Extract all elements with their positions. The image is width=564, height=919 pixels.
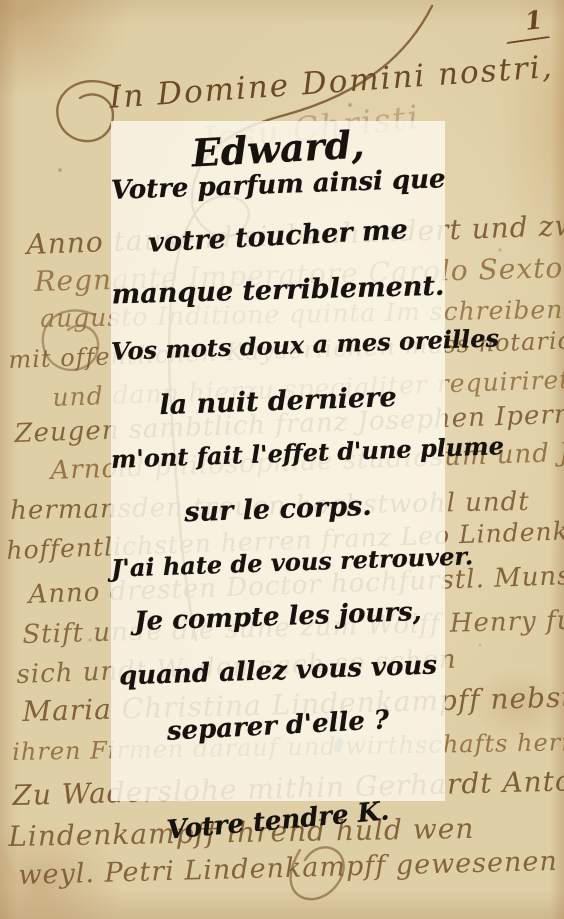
manuscript-line: weyl. Petri Lindenkampff gewesenen: [18, 846, 558, 891]
page-number: 1: [523, 5, 543, 36]
parchment-page: 1 In Domine Domini nostri, Jesu Christi …: [0, 0, 564, 919]
